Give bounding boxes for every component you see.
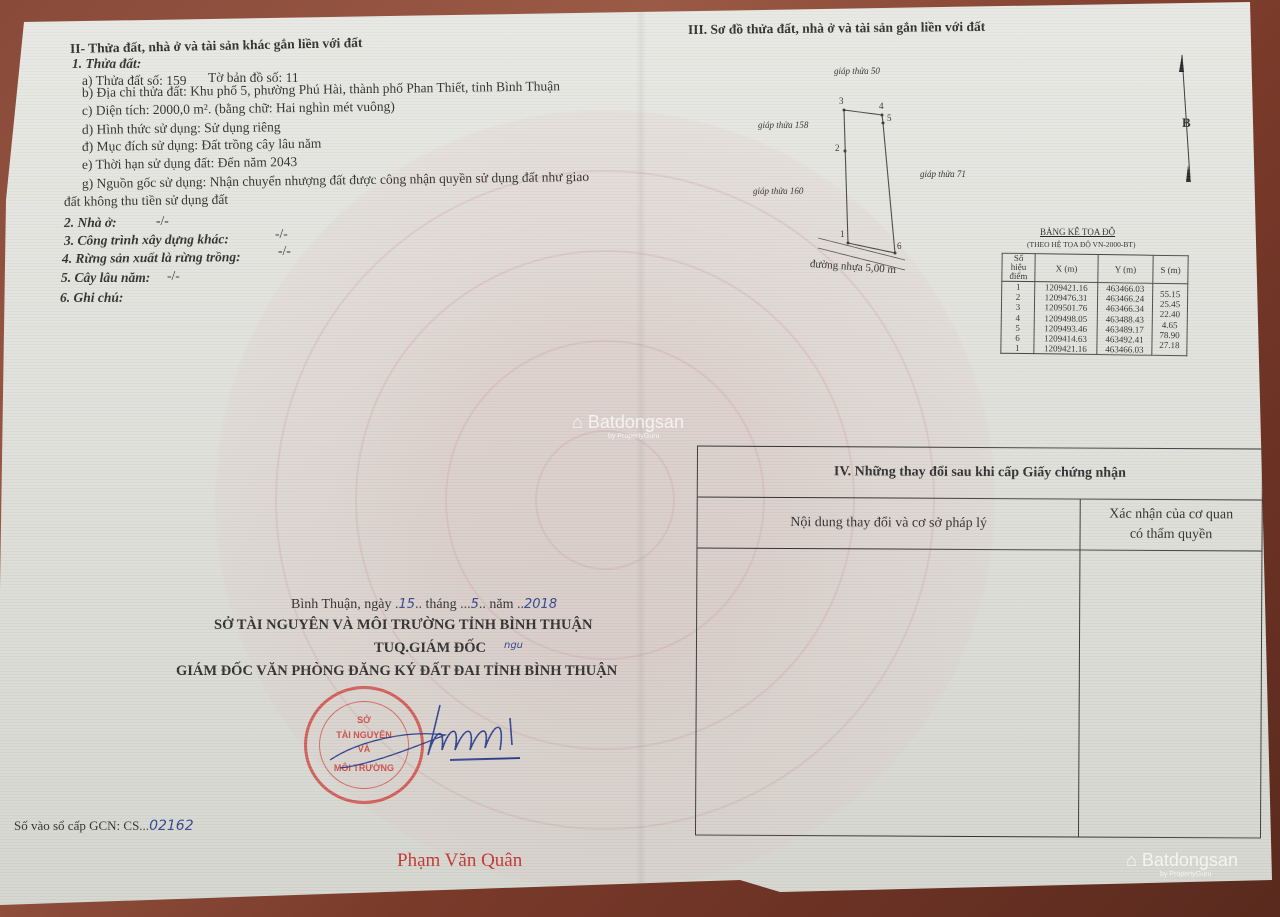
coord-cell-s (1152, 350, 1187, 361)
changes-col-confirmation: Xác nhận của cơ quancó thẩm quyền (1080, 500, 1261, 552)
date-month: 5 (471, 597, 479, 612)
col2-line1: Xác nhận của cơ quan (1109, 507, 1233, 523)
coord-cell-point: 4 (1001, 312, 1034, 323)
point-1-label: 1 (840, 229, 845, 239)
page-fold (636, 0, 646, 917)
coord-header-y: Y (m) (1098, 255, 1153, 284)
item-perennial-label: 5. Cây lâu năm: (61, 270, 150, 286)
issue-date: Bình Thuận, ngày .15.. tháng ...5.. năm … (291, 597, 557, 613)
parcel-area: c) Diện tích: 2000,0 m². (bằng chữ: Hai … (82, 99, 395, 119)
coord-table: Số hiệu điểm X (m) Y (m) S (m) 11209421.… (1000, 253, 1188, 357)
parcel-address: b) Địa chỉ thửa đất: Khu phố 5, phường P… (82, 78, 560, 101)
neighbor-west-top: giáp thửa 158 (758, 120, 808, 130)
stamp-line-2: TÀI NGUYÊN (307, 730, 421, 740)
gcn-number: Số vào sổ cấp GCN: CS...02162 (14, 818, 194, 834)
item-other-construction-label: 3. Công trình xây dựng khác: (64, 231, 229, 249)
coord-cell-y: 463466.03 (1098, 283, 1153, 294)
item-forest-value: -/- (278, 243, 291, 259)
gcn-label: Số vào sổ cấp GCN: CS... (14, 818, 149, 833)
item-perennial-value: -/- (167, 268, 180, 284)
coord-cell-x: 1209498.05 (1034, 313, 1097, 324)
gcn-value: 02162 (149, 818, 194, 834)
use-form: d) Hình thức sử dụng: Sử dụng riêng (82, 119, 281, 138)
coord-cell-point: 5 (1001, 323, 1034, 334)
coord-header-point: Số hiệu điểm (1002, 253, 1035, 281)
item-other-construction-value: -/- (275, 226, 288, 242)
watermark-brand: Batdongsan (588, 412, 684, 432)
use-term: e) Thời hạn sử dụng đất: Đến năm 2043 (82, 154, 297, 173)
point-5-label: 5 (887, 113, 892, 123)
coord-row: 11209421.16463466.03 (1001, 343, 1187, 356)
coord-cell-s: 55.15 (1153, 288, 1188, 299)
point-3-label: 3 (839, 96, 844, 106)
neighbor-east: giáp thửa 71 (920, 169, 966, 179)
date-year: 2018 (524, 597, 557, 612)
coord-cell-s: 25.45 (1152, 299, 1187, 310)
handwritten-signature (300, 690, 560, 780)
coord-cell-x: 1209493.46 (1034, 323, 1097, 334)
item-house-label: 2. Nhà ở: (64, 215, 117, 231)
certificate-page: II- Thửa đất, nhà ở và tài sản khác gắn … (0, 0, 1280, 917)
use-purpose: đ) Mục đích sử dụng: Đất trồng cây lâu n… (82, 136, 322, 155)
coord-cell-y: 463466.34 (1097, 303, 1152, 314)
coord-cell-point: 1 (1001, 343, 1034, 354)
issuing-org: SỞ TÀI NGUYÊN VÀ MÔI TRƯỜNG TỈNH BÌNH TH… (214, 617, 592, 634)
column-divider (1078, 550, 1081, 837)
coord-cell-y: 463488.43 (1097, 314, 1152, 325)
coord-table-subtitle: (THEO HỆ TỌA ĐỘ VN-2000-BT) (1027, 240, 1135, 249)
watermark-sub-2: by PropertyGuru (1160, 871, 1238, 878)
watermark-brand-2: Batdongsan (1142, 850, 1238, 870)
signer-title-2: GIÁM ĐỐC VĂN PHÒNG ĐĂNG KÝ ĐẤT ĐAI TỈNH … (176, 663, 617, 680)
point-2-label: 2 (835, 143, 840, 153)
coord-cell-y: 463466.24 (1098, 293, 1153, 304)
coord-cell-point: 2 (1002, 292, 1035, 303)
coord-cell-x: 1209476.31 (1035, 292, 1098, 303)
parcel-sketch (740, 90, 1000, 290)
neighbor-north: giáp thửa 50 (834, 66, 880, 76)
use-origin-cont: đất không thu tiền sử dụng đất (64, 192, 228, 210)
coord-cell-y: 463466.03 (1097, 344, 1152, 355)
initials-mark: ngu (504, 640, 523, 651)
point-6-label: 6 (897, 241, 902, 251)
section2-heading: II- Thửa đất, nhà ở và tài sản khác gắn … (70, 35, 363, 57)
coord-cell-y: 463489.17 (1097, 324, 1152, 335)
neighbor-west-bottom: giáp thửa 160 (753, 186, 803, 196)
parcel-subheading: 1. Thửa đất: (72, 56, 141, 72)
coord-cell-x: 1209421.16 (1035, 282, 1098, 294)
coord-table-title: BẢNG KÊ TỌA ĐỘ (1040, 227, 1115, 237)
section3-heading: III. Sơ đồ thửa đất, nhà ở và tài sản gắ… (688, 19, 985, 38)
coord-row: 41209498.05463488.434.65 (1001, 312, 1187, 325)
north-arrow-icon (1170, 50, 1200, 190)
date-prefix: Bình Thuận, ngày (291, 597, 391, 612)
coord-cell-point: 6 (1001, 333, 1034, 344)
item-house-value: -/- (156, 213, 169, 229)
drum-watermark (215, 110, 995, 890)
section4-heading: IV. Những thay đổi sau khi cấp Giấy chứn… (698, 447, 1262, 501)
watermark-corner: ⌂ Batdongsan by PropertyGuru (1126, 850, 1238, 878)
date-day: 15 (398, 597, 415, 612)
signer-name: Phạm Văn Quân (397, 850, 522, 872)
coord-row: 61209414.63463492.4127.18 (1001, 333, 1187, 346)
stamp-line-4: MÔI TRƯỜNG (307, 763, 421, 773)
col2-line2: có thẩm quyền (1130, 527, 1212, 542)
map-sheet-number: Tờ bản đồ số: 11 (208, 70, 299, 86)
coord-row: 21209476.31463466.2425.45 (1002, 292, 1188, 305)
point-4-label: 4 (879, 101, 884, 111)
coord-cell-x: 1209421.16 (1034, 343, 1097, 355)
changes-col-content: Nội dung thay đổi và cơ sở pháp lý (697, 498, 1080, 551)
coord-cell-point: 3 (1001, 302, 1034, 313)
coord-cell-s: 78.90 (1152, 330, 1187, 341)
coord-cell-x: 1209414.63 (1034, 333, 1097, 344)
coord-cell-y: 463492.41 (1097, 334, 1152, 345)
coord-row: 31209501.76463466.3422.40 (1001, 302, 1187, 315)
coord-row: 11209421.16463466.0355.15 (1002, 281, 1188, 294)
coord-cell-point: 1 (1002, 281, 1035, 292)
parcel-number: a) Thửa đất số: 159 (82, 73, 187, 89)
coord-cell-s: 27.18 (1152, 340, 1187, 351)
north-arrow-label: B (1182, 115, 1191, 131)
watermark-center: ⌂ Batdongsan by PropertyGuru (572, 412, 684, 440)
month-label: tháng (426, 597, 457, 612)
coord-header-s: S (m) (1153, 255, 1188, 283)
changes-table: IV. Những thay đổi sau khi cấp Giấy chứn… (695, 446, 1263, 839)
item-forest-label: 4. Rừng sản xuất là rừng trồng: (62, 249, 241, 267)
coord-row: 51209493.46463489.1778.90 (1001, 323, 1187, 336)
official-stamp: SỞ TÀI NGUYÊN VÀ MÔI TRƯỜNG (304, 686, 424, 804)
use-origin: g) Nguồn gốc sử dụng: Nhận chuyển nhượng… (82, 169, 589, 192)
road-label: đường nhựa 5,00 m (810, 258, 897, 276)
watermark-sub: by PropertyGuru (608, 433, 684, 440)
coord-cell-s: 4.65 (1152, 319, 1187, 330)
stamp-line-3: VÀ (307, 744, 421, 754)
item-notes-label: 6. Ghi chú: (60, 290, 123, 306)
coord-cell-s: 22.40 (1152, 309, 1187, 320)
coord-cell-x: 1209501.76 (1034, 303, 1097, 314)
stamp-line-1: SỞ (307, 715, 421, 725)
year-label: năm (489, 597, 513, 612)
coord-header-x: X (m) (1035, 254, 1098, 283)
watermark-logo-icon: ⌂ (572, 412, 588, 432)
watermark-logo-icon-2: ⌂ (1126, 850, 1142, 870)
signer-title-1: TUQ.GIÁM ĐỐC (374, 640, 486, 657)
